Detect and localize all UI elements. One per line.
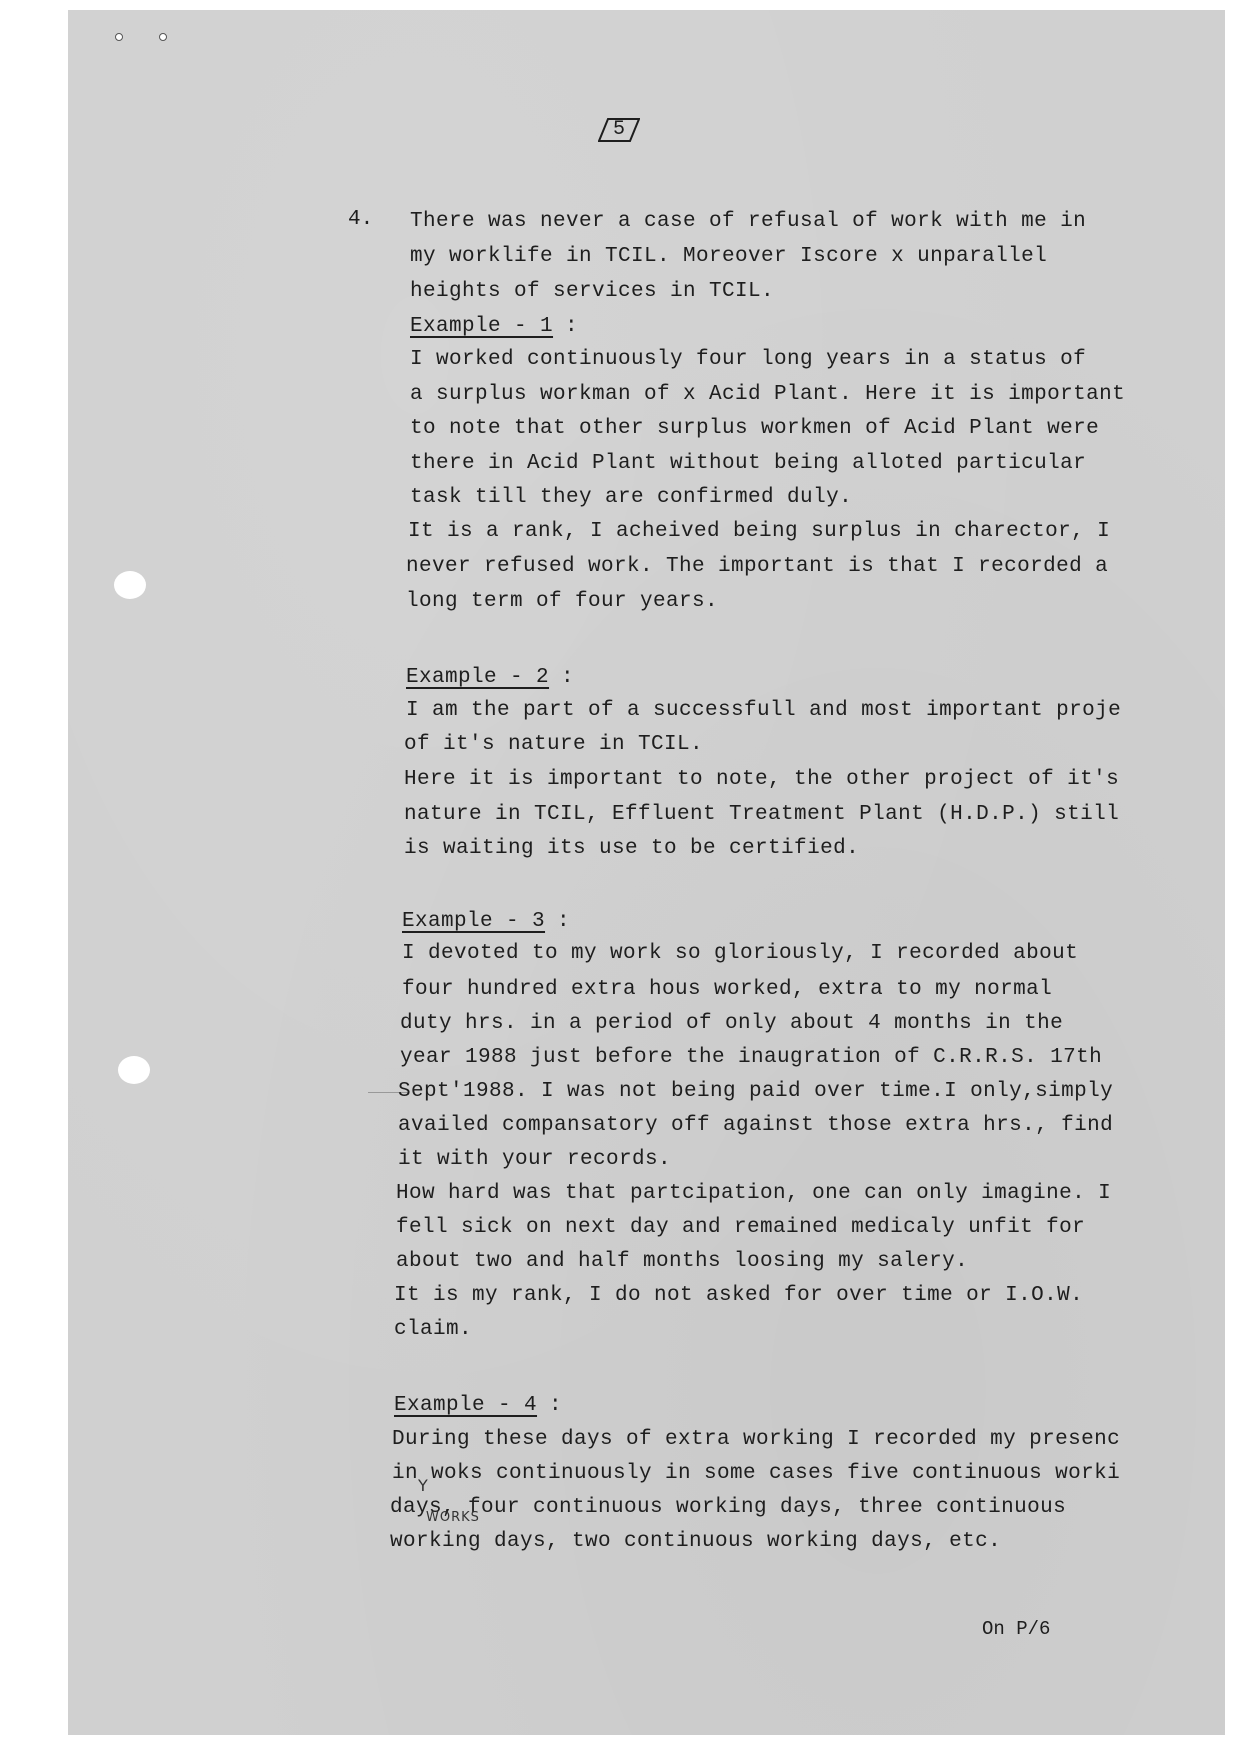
example-line: to note that other surplus workmen of Ac… (410, 415, 1099, 443)
example-heading-colon: : (549, 1392, 562, 1420)
continuation-note: On P/6 (982, 1618, 1050, 1640)
example-heading-label: Example - 1 (410, 315, 553, 338)
page-number: 5 (598, 118, 640, 142)
example-line: duty hrs. in a period of only about 4 mo… (400, 1010, 1063, 1038)
punch-hole-bottom (118, 1056, 150, 1084)
example-line: It is my rank, I do not asked for over t… (394, 1282, 1083, 1310)
example-line: in woks continuously in some cases five … (392, 1460, 1120, 1488)
example-line: about two and half months loosing my sal… (396, 1248, 968, 1276)
example-line: is waiting its use to be certified. (404, 835, 859, 863)
example-line: of it's nature in TCIL. (404, 731, 703, 759)
example-line: I devoted to my work so gloriously, I re… (402, 940, 1078, 968)
example-heading-label: Example - 3 (402, 910, 545, 933)
example-line: nature in TCIL, Effluent Treatment Plant… (404, 801, 1119, 829)
example-line: there in Acid Plant without being allote… (410, 450, 1086, 478)
example-line: a surplus workman of x Acid Plant. Here … (410, 381, 1125, 409)
example-heading: Example - 2: (406, 664, 574, 692)
example-line: Sept'1988. I was not being paid over tim… (398, 1078, 1113, 1106)
example-line: long term of four years. (406, 588, 718, 616)
example-line: fell sick on next day and remained medic… (396, 1214, 1085, 1242)
intro-line: my worklife in TCIL. Moreover Iscore x u… (410, 243, 1047, 271)
example-heading-label: Example - 2 (406, 666, 549, 689)
example-line: It is a rank, I acheived being surplus i… (408, 518, 1110, 546)
punch-hole-top (114, 571, 146, 599)
example-line: How hard was that partcipation, one can … (396, 1180, 1111, 1208)
example-heading-label: Example - 4 (394, 1394, 537, 1417)
intro-line: heights of services in TCIL. (410, 278, 774, 306)
handwritten-correction: WORKS (426, 1510, 480, 1525)
example-heading: Example - 4: (394, 1392, 562, 1420)
example-line: claim. (394, 1316, 472, 1344)
example-heading-colon: : (565, 313, 578, 341)
example-heading: Example - 1: (410, 313, 578, 341)
example-line: days, four continuous working days, thre… (390, 1494, 1066, 1522)
example-line: task till they are confirmed duly. (410, 484, 852, 512)
example-line: availed compansatory off against those e… (398, 1112, 1113, 1140)
example-heading-colon: : (557, 908, 570, 936)
staple-mark (115, 33, 165, 39)
example-line: it with your records. (398, 1146, 671, 1174)
example-line: four hundred extra hous worked, extra to… (402, 976, 1052, 1004)
example-line: I am the part of a successfull and most … (406, 697, 1121, 725)
example-line: working days, two continuous working day… (390, 1528, 1001, 1556)
example-heading: Example - 3: (402, 908, 570, 936)
example-line: I worked continuously four long years in… (410, 346, 1086, 374)
example-heading-colon: : (561, 664, 574, 692)
item-number: 4. (348, 208, 373, 231)
example-line: Here it is important to note, the other … (404, 766, 1119, 794)
example-line: During these days of extra working I rec… (392, 1426, 1120, 1454)
example-line: never refused work. The important is tha… (406, 553, 1108, 581)
insertion-mark: Y (418, 1476, 428, 1495)
intro-line: There was never a case of refusal of wor… (410, 208, 1086, 236)
example-line: year 1988 just before the inaugration of… (400, 1044, 1102, 1072)
